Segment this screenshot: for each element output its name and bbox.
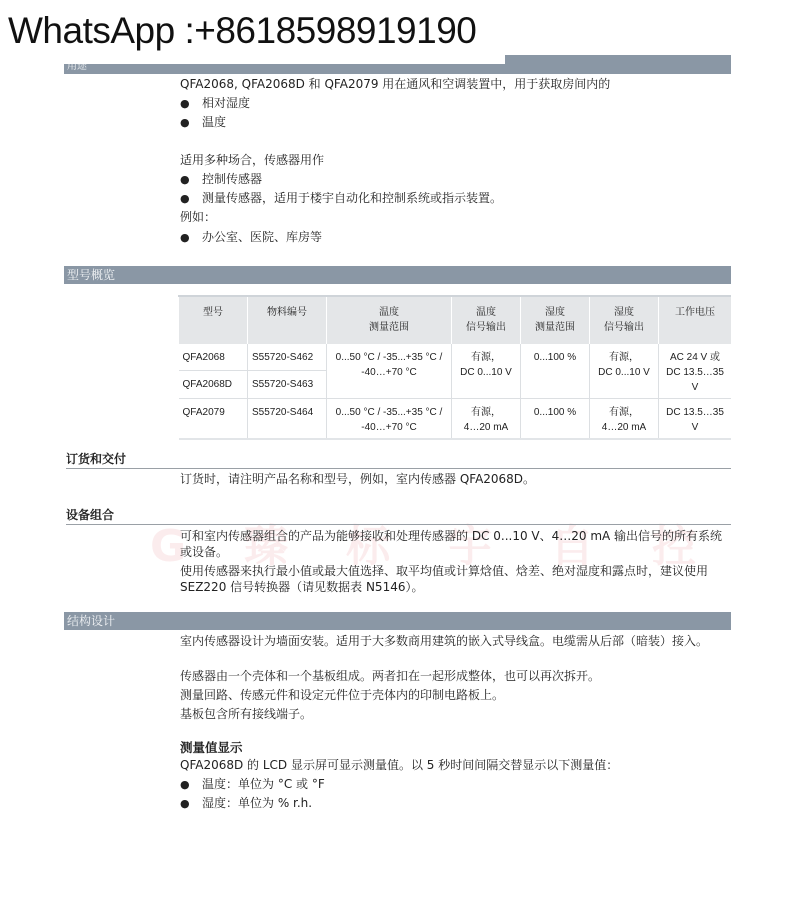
list-item: ●温度：单位为 °C 或 °F [180, 775, 325, 794]
subsection-title-display: 测量值显示 [180, 738, 243, 756]
section-title-overview: 型号概览 [67, 268, 115, 282]
cell-model: QFA2068D [179, 371, 248, 399]
display-text: QFA2068D 的 LCD 显示屏可显示测量值。以 5 秒时间间隔交替显示以下… [180, 756, 618, 775]
design-p4: 基板包含所有接线端子。 [180, 705, 312, 724]
uses-intro: 适用多种场合，传感器用作 [180, 151, 324, 170]
cell-temp-output: 有源，DC 0...10 V [452, 344, 521, 399]
col-header-hum-range: 湿度测量范围 [521, 296, 590, 344]
cell-hum-range: 0...100 % [521, 344, 590, 399]
list-item: ●温度 [180, 113, 226, 132]
bullet-icon: ● [180, 170, 202, 189]
cell-model: QFA2068 [179, 344, 248, 371]
ordering-text: 订货时，请注明产品名称和型号，例如，室内传感器 QFA2068D。 [180, 470, 535, 489]
cell-temp-range: 0...50 °C / -35...+35 °C /-40…+70 °C [327, 344, 452, 399]
list-item: ●湿度：单位为 % r.h. [180, 794, 312, 813]
cell-temp-output: 有源，4…20 mA [452, 399, 521, 440]
section-title-design: 结构设计 [67, 614, 115, 628]
cell-part-number: S55720-S462 [248, 344, 327, 371]
table-row: QFA2079 S55720-S464 0...50 °C / -35...+3… [179, 399, 732, 440]
bullet-icon: ● [180, 228, 202, 247]
whatsapp-contact: WhatsApp :+8618598919190 [8, 11, 476, 51]
col-header-temp-range: 温度测量范围 [327, 296, 452, 344]
table-row: QFA2068 S55720-S462 0...50 °C / -35...+3… [179, 344, 732, 371]
model-overview-table: 型号 物料编号 温度测量范围 温度信号输出 湿度测量范围 湿度信号输出 工作电压… [178, 295, 731, 440]
bullet-icon: ● [180, 113, 202, 132]
combination-p1: 可和室内传感器组合的产品为能够接收和处理传感器的 DC 0...10 V、4…2… [180, 528, 732, 560]
cell-hum-range: 0...100 % [521, 399, 590, 440]
col-header-voltage: 工作电压 [659, 296, 732, 344]
example-label: 例如： [180, 208, 216, 227]
whatsapp-overlay: WhatsApp :+8618598919190 [0, 0, 505, 64]
list-item: ●办公室、医院、库房等 [180, 228, 322, 247]
cell-hum-output: 有源，4…20 mA [590, 399, 659, 440]
list-item: ●控制传感器 [180, 170, 262, 189]
col-header-temp-output: 温度信号输出 [452, 296, 521, 344]
cell-part-number: S55720-S463 [248, 371, 327, 399]
bullet-icon: ● [180, 189, 202, 208]
section-bar-overview: 型号概览 [64, 266, 731, 284]
design-p3: 测量回路、传感元件和设定元件位于壳体内的印制电路板上。 [180, 686, 504, 705]
cell-voltage: AC 24 V 或DC 13.5…35 V [659, 344, 732, 399]
combination-p2: 使用传感器来执行最小值或最大值选择、取平均值或计算焓值、焓差、绝对湿度和露点时，… [180, 563, 732, 595]
list-item: ●相对湿度 [180, 94, 250, 113]
cell-model: QFA2079 [179, 399, 248, 440]
design-p1: 室内传感器设计为墙面安装。适用于大多数商用建筑的嵌入式导线盒。电缆需从后部（暗装… [180, 633, 732, 649]
section-title-combination: 设备组合 [66, 508, 731, 525]
col-header-hum-output: 湿度信号输出 [590, 296, 659, 344]
col-header-model: 型号 [179, 296, 248, 344]
table-header-row: 型号 物料编号 温度测量范围 温度信号输出 湿度测量范围 湿度信号输出 工作电压 [179, 296, 732, 344]
cell-part-number: S55720-S464 [248, 399, 327, 440]
bullet-icon: ● [180, 775, 202, 794]
col-header-part-number: 物料编号 [248, 296, 327, 344]
bullet-icon: ● [180, 94, 202, 113]
section-bar-design: 结构设计 [64, 612, 731, 630]
cell-temp-range: 0...50 °C / -35...+35 °C /-40…+70 °C [327, 399, 452, 440]
section-title-ordering: 订货和交付 [66, 452, 731, 469]
cell-hum-output: 有源，DC 0...10 V [590, 344, 659, 399]
bullet-icon: ● [180, 794, 202, 813]
cell-voltage: DC 13.5…35 V [659, 399, 732, 440]
list-item: ●测量传感器，适用于楼宇自动化和控制系统或指示装置。 [180, 189, 502, 208]
design-p2: 传感器由一个壳体和一个基板组成。两者扣在一起形成整体，也可以再次拆开。 [180, 667, 600, 686]
usage-intro: QFA2068, QFA2068D 和 QFA2079 用在通风和空调装置中，用… [180, 75, 610, 94]
